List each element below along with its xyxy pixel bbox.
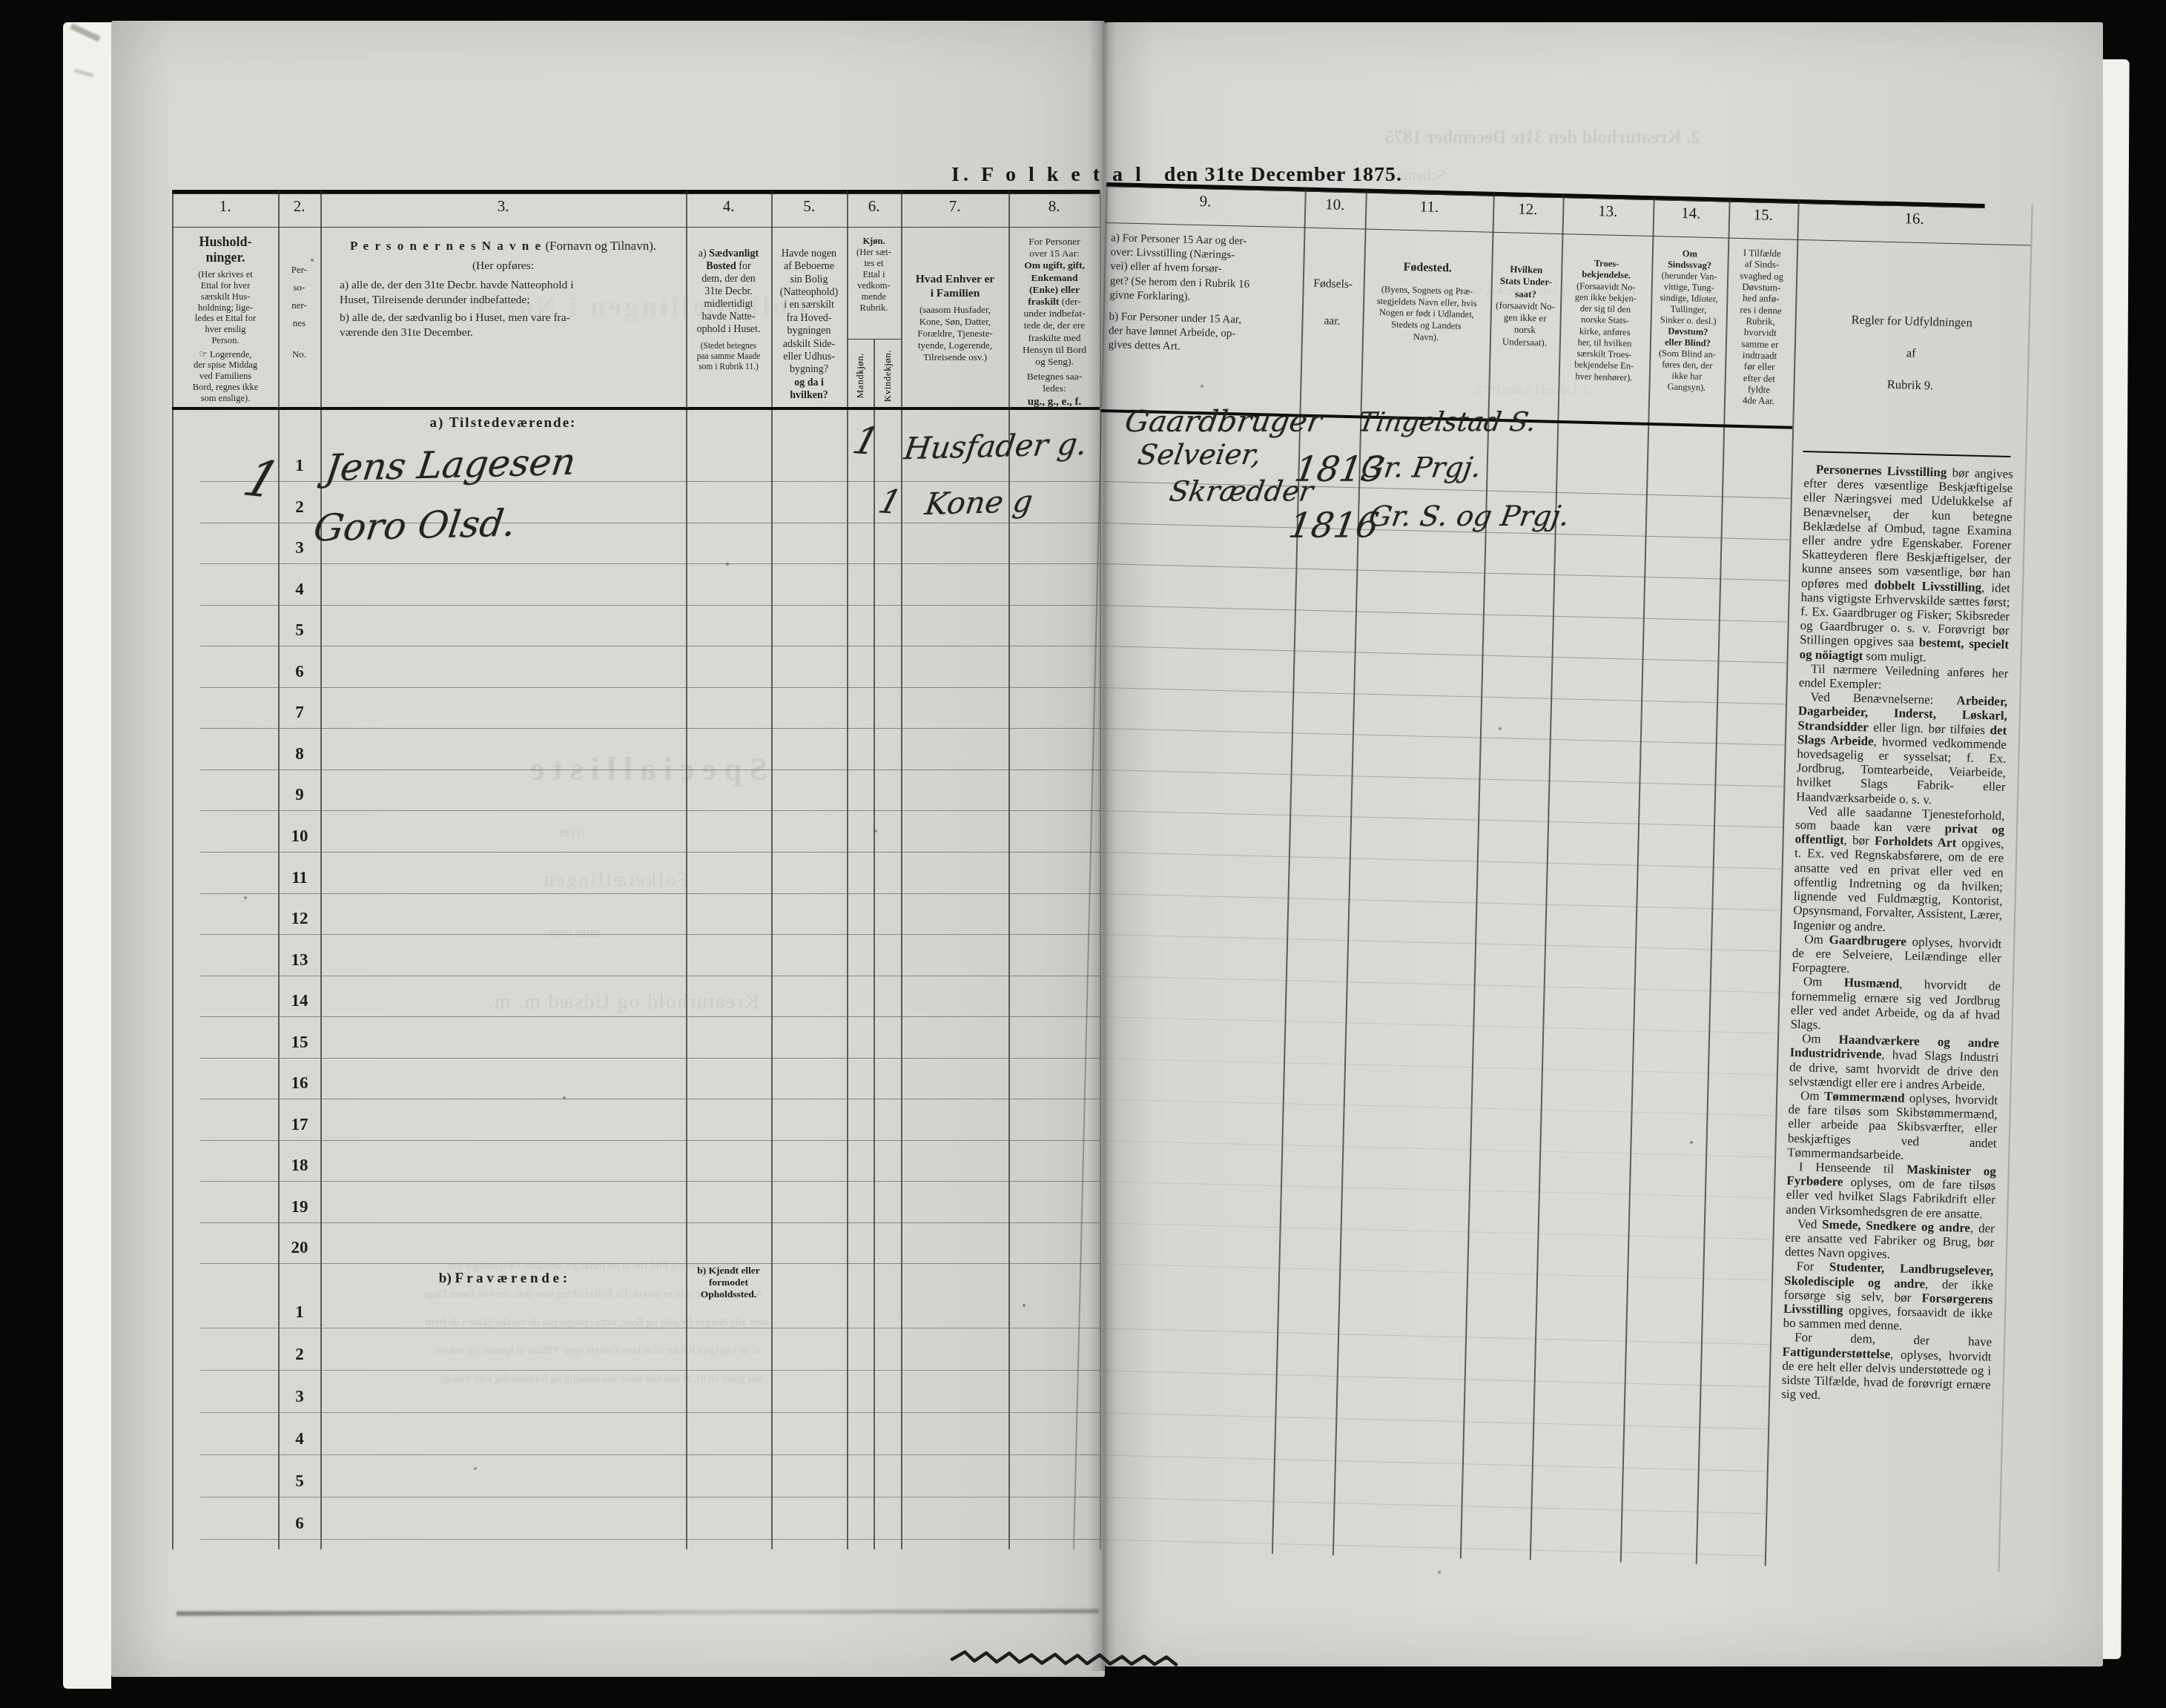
col7-note: (saasom Husfader, Kone, Søn, Datter, For… (902, 304, 1008, 363)
left-table: 1. 2. 3. 4. 5. 6. 7. 8. Hushold- ninger.… (172, 190, 1100, 1549)
instructions-paragraph: Ved alle saadanne Tjenesteforhold, som b… (1793, 804, 2005, 937)
scanned-census-photograph: Folketællingen i Norge Specialliste over… (0, 0, 2166, 1708)
column-6-header: Kjøn. (Her sæt- tes et Ettal i vedkom- m… (847, 236, 901, 314)
column-line (1530, 193, 1565, 1560)
column-4-header: a) Sædvanligt Bosted for dem, der den 31… (687, 248, 770, 373)
row-line (1077, 1539, 1765, 1557)
row-number: 9 (280, 785, 319, 804)
female-column-label: Kvindekjøn. (874, 342, 901, 409)
row-line (1097, 769, 1784, 787)
left-page-edge-strip (63, 22, 111, 1689)
col3-title-line: P e r s o n e r n e s N a v n e (Fornavn… (320, 239, 686, 254)
column-number-9: 9. (1106, 190, 1305, 213)
row-line (200, 1497, 1100, 1497)
instructions-paragraph: Ved Benævnelserne: Arbeider, Dagarbeider… (1796, 689, 2008, 808)
row-line (200, 728, 1100, 729)
row-number: 14 (280, 991, 319, 1010)
column-14-header: Om Sindssvag? (herunder Van- vittige, Tu… (1648, 248, 1728, 394)
entry-birthplace-2: Gr. S. og Prgj. (1367, 500, 1572, 532)
rules-column-divider (1803, 451, 2010, 457)
row-line (1086, 1181, 1774, 1199)
right-table: 9. 10. 11. 12. 13. 14. 15. 16. a) For Pe… (1073, 182, 2041, 1583)
column-number-10: 10. (1304, 195, 1366, 215)
row-line (1095, 810, 1783, 828)
row-line (1100, 605, 1788, 623)
instructions-paragraph: Om Haandværkere og andre Industridrivend… (1789, 1031, 1999, 1093)
column-line (1460, 192, 1495, 1558)
row-line (200, 1181, 1100, 1182)
instructions-text: Personernes Livsstilling bør angives eft… (1781, 462, 2013, 1406)
row-number: 11 (280, 868, 319, 887)
sex-header-split (847, 339, 901, 340)
row-number: 2 (280, 1345, 319, 1364)
row-number: 4 (280, 580, 319, 599)
col3-subtitle: (Her opføres: (320, 259, 686, 273)
row-number: 2 (280, 497, 319, 517)
table-top-rule (172, 190, 1100, 194)
row-line (1089, 1099, 1776, 1116)
column-number-6: 6. (847, 197, 901, 216)
row-line (1086, 1222, 1773, 1240)
instructions-paragraph: I Henseende til Maskinister og Fyrbødere… (1786, 1159, 1996, 1222)
row-line (1101, 563, 1789, 581)
col8-sub: Betegnes saa- ledes: (1010, 371, 1099, 394)
row-number: 5 (280, 1472, 319, 1491)
column-line (1620, 196, 1655, 1562)
row-line (1092, 975, 1779, 993)
page-title-part2: den 31te December 1875. (1164, 163, 1402, 187)
col1-note-lodgers: ☞ Logerende, der spise Middag ved Famili… (174, 349, 277, 404)
row-number: 17 (280, 1115, 319, 1134)
row-number: 18 (280, 1156, 319, 1175)
column-12-header: Hvilken Stats Under- saat? (forsaavidt N… (1490, 263, 1562, 349)
row-number: 13 (280, 950, 319, 970)
header-bottom-rule (172, 407, 1100, 410)
instructions-paragraph: For dem, der have Fattigunderstøttelse, … (1781, 1330, 1992, 1406)
row-line (1092, 934, 1780, 952)
column-number-5: 5. (771, 197, 847, 216)
instructions-paragraph: Ved Smede, Snedkere og andre, der ere an… (1785, 1217, 1995, 1264)
column-number-1: 1. (172, 197, 278, 216)
row-line (200, 1140, 1100, 1141)
instructions-paragraph: For Studenter, Landbrugselever, Skoledis… (1783, 1259, 1993, 1335)
row-line (1080, 1454, 1767, 1472)
entry-birthplace-1a: Tingelstad S. (1356, 407, 1539, 437)
entry-birthplace-1b: Gr. Prgj. (1359, 451, 1484, 483)
row-number: 15 (280, 1033, 319, 1052)
column-line (1333, 189, 1367, 1555)
column-line (901, 190, 902, 1549)
row-number: 6 (280, 662, 319, 681)
row-line (200, 1222, 1100, 1223)
row-number: 1 (280, 456, 319, 475)
page-title: I. F o l k e t a l den 31te December 187… (951, 163, 1402, 187)
row-line (200, 1454, 1100, 1455)
section-a-label: a) Tilstedeværende: (320, 415, 686, 431)
row-line (200, 976, 1100, 976)
male-column-label: Mandkjøn. (847, 342, 874, 409)
col11-title: Fødested. (1364, 260, 1491, 277)
male-label-text: Mandkjøn. (854, 353, 866, 398)
col9-item-a: a) For Personer 15 Aar og der- over: Liv… (1109, 231, 1299, 307)
row-line (1087, 1140, 1774, 1158)
col7-title: Hvad Enhver er i Familien (902, 273, 1008, 300)
column-7-header: Hvad Enhver er i Familien (saasom Husfad… (902, 273, 1008, 363)
row-line (1082, 1370, 1769, 1388)
row-line (1098, 687, 1786, 705)
column-number-8: 8. (1008, 197, 1100, 216)
row-line (200, 1099, 1100, 1099)
column-3-header: P e r s o n e r n e s N a v n e (Fornavn… (320, 239, 686, 341)
entry-sex-male-1: 1 (848, 419, 884, 463)
column-line (278, 190, 280, 1549)
entry-family-2: Kone g (923, 483, 1035, 522)
row-line (1094, 852, 1782, 870)
row-line (200, 852, 1100, 853)
column-number-3: 3. (320, 197, 686, 216)
entry-occupation-1a: Gaardbruger (1123, 405, 1324, 439)
section-b-whereabouts: b) Kjendt eller formodet Opholdssted. (687, 1265, 770, 1301)
row-line (1083, 1328, 1770, 1345)
row-line (200, 934, 1100, 935)
column-10-header: Fødsels- aar. (1301, 275, 1364, 331)
column-2-header: Per- so- ner- nes No. (278, 261, 320, 360)
row-number: 6 (280, 1514, 319, 1533)
entry-family-1: Husfader g. (902, 426, 1089, 466)
ghost-text-top-right: 2. Kreaturhold den 31te December 1875 (1253, 128, 1832, 148)
column-number-11: 11. (1365, 196, 1493, 218)
row-line (200, 563, 1100, 564)
instructions-paragraph: Om Tømmermænd oplyses, hvorvidt de fare … (1787, 1088, 1998, 1165)
col4-text: a) Sædvanligt Bosted for dem, der den 31… (687, 248, 770, 337)
column-5-header: Havde nogen af Beboerne sin Bolig (Natte… (773, 248, 845, 402)
row-line (200, 646, 1100, 646)
col3-item-a: a) alle de, der den 31te Decbr. havde Na… (340, 278, 686, 308)
row-number: 19 (280, 1197, 319, 1217)
row-line (1090, 1016, 1777, 1034)
column-line (1272, 188, 1307, 1554)
col9-item-b: b) For Personer under 15 Aar, der have l… (1108, 310, 1297, 357)
col3-item-b: b) alle de, der sædvanlig bo i Huset, me… (340, 311, 686, 340)
row-number: 4 (280, 1429, 319, 1449)
column-9-header: a) For Personer 15 Aar og der- over: Liv… (1108, 231, 1299, 357)
row-line (200, 1370, 1100, 1371)
row-number: 3 (280, 1387, 319, 1406)
column-15-header: I Tilfælde af Sinds- svaghed og Døvstum-… (1724, 247, 1797, 408)
column-line (320, 190, 322, 1549)
instructions-paragraph: Om Husmænd, hvorvidt de fornemmelig ernæ… (1790, 974, 2001, 1036)
row-line (200, 1539, 1100, 1540)
column-number-16: 16. (1797, 207, 2032, 231)
col1-title: Hushold- ninger. (174, 234, 277, 265)
number-row-line (172, 227, 1100, 228)
dust-specks (0, 0, 1, 1)
entry-occupation-1b: Selveier, (1135, 438, 1264, 471)
section-b-label: b) F r a v æ r e n d e : (320, 1271, 686, 1287)
row-number: 7 (280, 703, 319, 722)
col11-note: (Byens, Sognets og Præ- stegjeldets Navn… (1362, 284, 1491, 345)
column-number-15: 15. (1728, 205, 1798, 225)
entry-name-2: Goro Olsd. (311, 501, 518, 549)
row-line (200, 687, 1100, 688)
row-line (200, 1058, 1100, 1059)
row-number: 20 (280, 1238, 319, 1257)
col3-title: P e r s o n e r n e s N a v n e (350, 239, 542, 253)
column-number-13: 13. (1562, 201, 1654, 222)
column-line (686, 190, 687, 1549)
column-number-14: 14. (1653, 203, 1729, 223)
col1-note: (Her skrives et Ettal for hver særskilt … (174, 269, 277, 345)
column-13-header: Troes- bekjendelse. (Forsaavidt No- gen … (1559, 257, 1652, 384)
col4-note: (Stedet betegnes paa samme Maade som i R… (687, 341, 770, 373)
row-number: 12 (280, 909, 319, 928)
row-line (1100, 646, 1787, 663)
instructions-paragraph: Om Gaardbrugere oplyses, hvorvidt de ere… (1792, 932, 2001, 979)
column-16-header: Regler for Udfyldningen af Rubrik 9. (1793, 303, 2029, 404)
col2-no: No. (278, 348, 320, 360)
column-number-4: 4. (686, 197, 771, 216)
ink-squiggle (948, 1643, 1207, 1675)
row-line (1094, 893, 1781, 910)
row-line (200, 769, 1100, 770)
row-line (200, 1016, 1100, 1017)
row-line (1084, 1263, 1772, 1281)
row-line (1080, 1412, 1768, 1430)
row-number: 5 (280, 620, 319, 640)
row-number: 16 (280, 1073, 319, 1093)
row-line (1079, 1497, 1766, 1515)
row-line (200, 893, 1100, 894)
row-line (200, 1263, 1100, 1264)
column-11-header: Fødested. (Byens, Sognets og Præ- stegje… (1362, 260, 1492, 345)
row-line (1097, 728, 1785, 746)
instructions-paragraph: Personernes Livsstilling bør angives eft… (1799, 462, 2013, 666)
row-line (200, 810, 1100, 811)
row-number: 8 (280, 744, 319, 764)
row-number: 10 (280, 827, 319, 846)
row-number: 1 (280, 1302, 319, 1322)
row-line (200, 1412, 1100, 1413)
row-line (1089, 1057, 1777, 1075)
col8-text: For Personer over 15 Aar: Om ugift, gift… (1010, 236, 1099, 368)
row-line (200, 605, 1100, 606)
column-number-7: 7. (901, 197, 1008, 216)
entry-name-1: Jens Lagesen (323, 440, 578, 490)
row-line (200, 1328, 1100, 1328)
column-number-12: 12. (1493, 199, 1563, 219)
column-number-2: 2. (278, 197, 320, 216)
column-8-header: For Personer over 15 Aar: Om ugift, gift… (1010, 236, 1099, 408)
column-1-header: Hushold- ninger. (Her skrives et Ettal f… (174, 234, 277, 403)
col3-title-paren: (Fornavn og Tilnavn). (545, 239, 656, 253)
col2-stack: Per- so- ner- nes (278, 261, 320, 332)
female-label-text: Kvindekjøn. (882, 350, 894, 402)
